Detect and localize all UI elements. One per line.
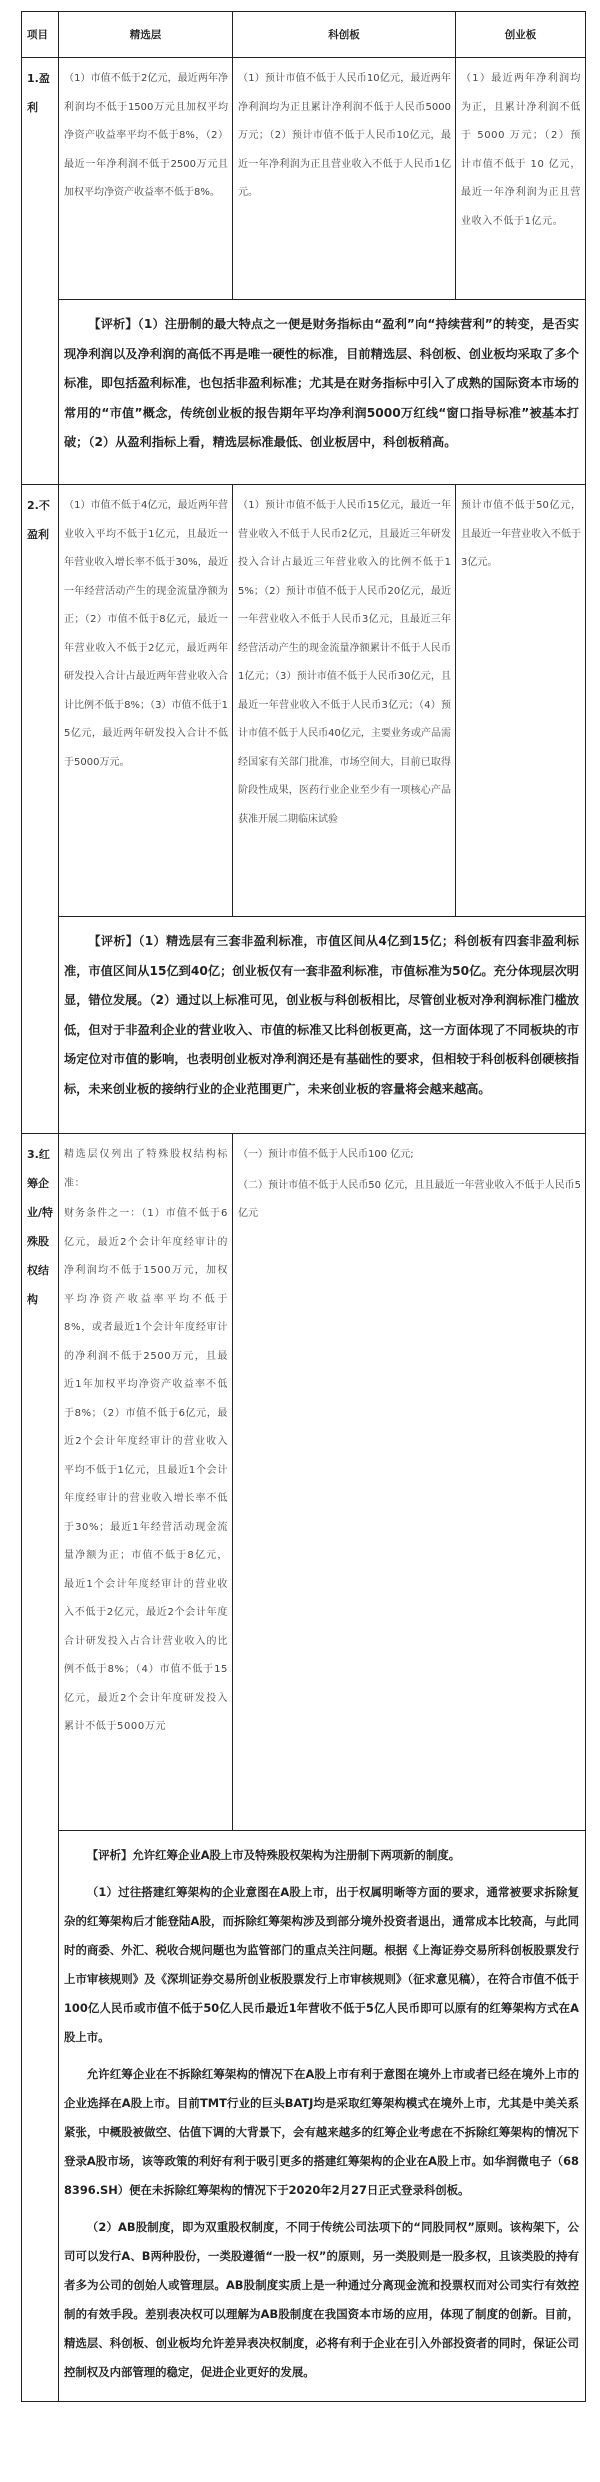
table-row-profit-analysis: 【评析】（1）注册制的最大特点之一便是财务指标由“盈利”向“持续营利”的转变，是…: [22, 300, 586, 485]
header-chuangye: 创业板: [456, 12, 586, 58]
cell-jingxuan-nonprofit: （1）市值不低于4亿元，最近两年营业收入平均不低于1亿元，且最近一年营业收入增长…: [59, 485, 233, 917]
table-row-redchip-analysis: 【评析】允许红筹企业A股上市及特殊股权架构为注册制下两项新的制度。 （1）过往搭…: [22, 1831, 586, 2402]
jingxuan-redchip-financial: 财务条件之一：（1）市值不低于6亿元，最近2个会计年度经审计的净利润均不低于15…: [64, 1200, 228, 1742]
table-row-profit: 1.盈利 （1）市值不低于2亿元，最近两年净利润均不低于1500万元且加权平均净…: [22, 58, 586, 300]
header-jingxuan: 精选层: [59, 12, 233, 58]
jingxuan-redchip-intro: 精选层仅列出了特殊股权结构标准：: [64, 1141, 228, 1198]
header-kechuang: 科创板: [233, 12, 456, 58]
redchip-standard-2: （二）预计市值不低于人民币50 亿元，且且最近一年营业收入不低于人民币5 亿元: [238, 1172, 581, 1229]
analysis-paragraph: 【评析】允许红筹企业A股上市及特殊股权架构为注册制下两项新的制度。: [64, 1841, 579, 1870]
analysis-nonprofit: 【评析】（1）精选层有三套非盈利标准，市值区间从4亿到15亿；科创板有四套非盈利…: [59, 917, 586, 1134]
cell-jingxuan-redchip: 精选层仅列出了特殊股权结构标准： 财务条件之一：（1）市值不低于6亿元，最近2个…: [59, 1134, 233, 1831]
row-label-profit: 1.盈利: [22, 58, 59, 485]
table-row-nonprofit-analysis: 【评析】（1）精选层有三套非盈利标准，市值区间从4亿到15亿；科创板有四套非盈利…: [22, 917, 586, 1134]
table-header-row: 项目 精选层 科创板 创业板: [22, 12, 586, 58]
analysis-redchip: 【评析】允许红筹企业A股上市及特殊股权架构为注册制下两项新的制度。 （1）过往搭…: [59, 1831, 586, 2402]
cell-kechuang-profit: （1）预计市值不低于人民币10亿元，最近两年净利润均为正且累计净利润不低于人民币…: [233, 58, 456, 300]
listing-standards-comparison-table: 项目 精选层 科创板 创业板 1.盈利 （1）市值不低于2亿元，最近两年净利润均…: [21, 11, 586, 2402]
cell-kechuang-chuangye-redchip: （一）预计市值不低于人民币100 亿元; （二）预计市值不低于人民币50 亿元，…: [233, 1134, 586, 1831]
cell-chuangye-nonprofit: 预计市值不低于50亿元，且最近一年营业收入不低于3亿元。: [456, 485, 586, 917]
cell-jingxuan-profit: （1）市值不低于2亿元，最近两年净利润均不低于1500万元且加权平均净资产收益率…: [59, 58, 233, 300]
row-label-nonprofit: 2.不盈利: [22, 485, 59, 1134]
table-row-redchip: 3.红筹企业/特殊股权结构 精选层仅列出了特殊股权结构标准： 财务条件之一：（1…: [22, 1134, 586, 1831]
analysis-paragraph: （1）过往搭建红筹架构的企业意图在A股上市，出于权属明晰等方面的要求，通常被要求…: [64, 1878, 579, 2052]
analysis-profit: 【评析】（1）注册制的最大特点之一便是财务指标由“盈利”向“持续营利”的转变，是…: [59, 300, 586, 485]
analysis-paragraph: 允许红筹企业在不拆除红筹架构的情况下在A股上市有利于意图在境外上市或者已经在境外…: [64, 2060, 579, 2205]
header-item: 项目: [22, 12, 59, 58]
row-label-redchip: 3.红筹企业/特殊股权结构: [22, 1134, 59, 2402]
analysis-paragraph: 【评析】（1）精选层有三套非盈利标准，市值区间从4亿到15亿；科创板有四套非盈利…: [64, 927, 579, 1104]
cell-kechuang-nonprofit: （1）预计市值不低于人民币15亿元，最近一年营业收入不低于人民币2亿元，且最近三…: [233, 485, 456, 917]
cell-chuangye-profit: （1）最近两年净利润均为正，且累计净利润不低于 5000 万元；（2）预计市值不…: [456, 58, 586, 300]
analysis-paragraph: 【评析】（1）注册制的最大特点之一便是财务指标由“盈利”向“持续营利”的转变，是…: [64, 310, 579, 458]
redchip-standard-1: （一）预计市值不低于人民币100 亿元;: [238, 1141, 581, 1170]
analysis-paragraph: （2）AB股制度，即为双重股权制度，不同于传统公司法项下的“同股同权”原则。该构…: [64, 2213, 579, 2387]
table-row-nonprofit: 2.不盈利 （1）市值不低于4亿元，最近两年营业收入平均不低于1亿元，且最近一年…: [22, 485, 586, 917]
